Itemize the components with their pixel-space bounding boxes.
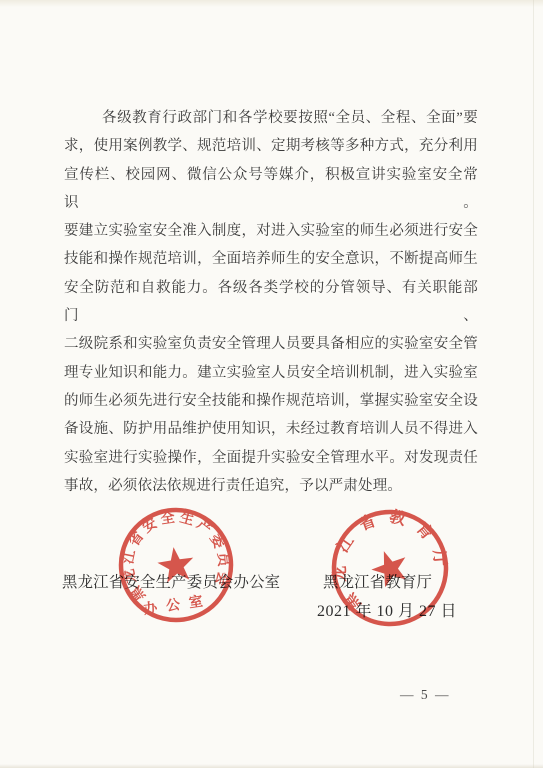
body-paragraph: 各级教育行政部门和各学校要按照“全员、全程、全面”要 求，使用案例教学、规范培训… — [64, 104, 478, 500]
paragraph-line: 实验室进行实验操作，全面提升实验安全管理水平。对发现责任 — [64, 444, 478, 472]
paragraph-line: 二级院系和实验室负责安全管理人员要具备相应的实验室安全管 — [64, 330, 478, 358]
scan-artifact-right-edge — [533, 0, 534, 768]
scan-artifact-top-edge — [0, 0, 543, 7]
paragraph-line: 宣传栏、校园网、微信公众号等媒介，积极宣讲实验室安全常识。 — [64, 161, 478, 218]
star-icon — [367, 545, 413, 590]
paragraph-line: 事故，必须依法依规进行责任追究，予以严肃处理。 — [64, 472, 478, 500]
official-seal-left: 黑龙江省安全生产委员会 办公室 — [114, 503, 238, 627]
paragraph-line: 理专业知识和能力。建立实验室人员安全培训机制，进入实验室 — [64, 359, 478, 387]
page-number: — 5 — — [400, 687, 451, 703]
paragraph-line: 安全防范和自救能力。各级各类学校的分管领导、有关职能部门、 — [64, 274, 478, 331]
scan-artifact-bottom-edge — [0, 764, 543, 768]
star-icon — [156, 545, 197, 584]
official-seal-right: 黑龙江省教育厅 — [326, 504, 454, 632]
paragraph-line: 技能和操作规范培训，全面培养师生的安全意识，不断提高师生 — [64, 245, 478, 273]
paragraph-line: 各级教育行政部门和各学校要按照“全员、全程、全面”要 — [64, 104, 478, 132]
document-page: 各级教育行政部门和各学校要按照“全员、全程、全面”要 求，使用案例教学、规范培训… — [0, 0, 543, 768]
paragraph-line: 备设施、防护用品维护使用知识，未经过教育培训人员不得进入 — [64, 415, 478, 443]
paragraph-line: 要建立实验室安全准入制度，对进入实验室的师生必须进行安全 — [64, 217, 478, 245]
paragraph-line: 求，使用案例教学、规范培训、定期考核等多种方式，充分利用 — [64, 132, 478, 160]
paragraph-line: 的师生必须先进行安全技能和操作规范培训，掌握实验室安全设 — [64, 387, 478, 415]
